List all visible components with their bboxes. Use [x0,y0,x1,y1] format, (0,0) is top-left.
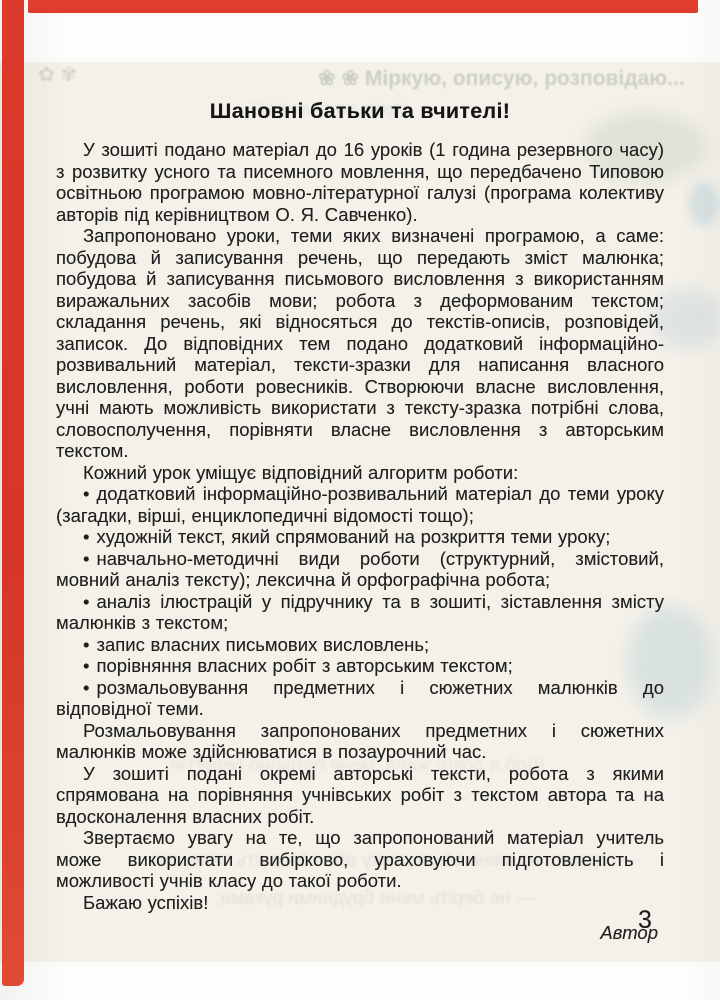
page-number: 3 [638,906,652,935]
bullet-item-3: •навчально-методичні види роботи (структ… [56,548,664,591]
bullet-text: додатковий інформаційно-розвивальний мат… [56,483,664,526]
paragraph-intro: У зошиті подано матеріал до 16 уроків (1… [56,139,664,225]
author-signature: Автор [56,922,658,944]
red-book-edge-left [2,0,24,986]
page-content: Шановні батьки та вчителі! У зошиті пода… [56,98,664,944]
bullet-item-2: •художній текст, який спрямований на роз… [56,526,664,548]
bullet-icon: • [83,548,89,569]
paragraph-wish: Бажаю успіхів! [56,892,664,914]
bullet-text: художній текст, який спрямований на розк… [96,526,610,547]
paragraph-program: Запропоновано уроки, теми яких визначені… [56,225,664,462]
ghost-line-top: ❀ ❀ Міркую, описую, розповідаю... [318,66,685,91]
page-title: Шановні батьки та вчителі! [56,98,664,124]
bullet-item-6: •порівняння власних робіт з авторським т… [56,655,664,677]
white-margin-bottom [0,962,720,1000]
bullet-text: аналіз ілюстрацій у підручнику та в зоши… [56,591,664,634]
bullet-icon: • [83,483,89,504]
bullet-icon: • [83,655,89,676]
bullet-icon: • [83,591,89,612]
bullet-icon: • [83,634,89,655]
paragraph-coloring-note: Розмальовування запропонованих предметни… [56,720,664,763]
bullet-item-7: •розмальовування предметних і сюжетних м… [56,677,664,720]
bullet-item-5: •запис власних письмових висловлень; [56,634,664,656]
ink-smudge-right-edge [688,182,720,226]
bullet-text: навчально-методичні види роботи (структу… [56,548,664,591]
bullet-item-4: •аналіз ілюстрацій у підручнику та в зош… [56,591,664,634]
bullet-item-1: •додатковий інформаційно-розвивальний ма… [56,483,664,526]
paragraph-algorithm-intro: Кожний урок уміщує відповідний алгоритм … [56,462,664,484]
bullet-icon: • [83,526,89,547]
paragraph-teacher-note: Звертаємо увагу на те, що запропонований… [56,827,664,892]
bullet-text: розмальовування предметних і сюжетних ма… [56,677,664,720]
scanned-book-page: ❀ ❀ Міркую, описую, розповідаю... ✿ ✾ На… [0,0,720,1000]
red-book-edge-top [28,0,698,13]
ghost-flower-icons: ✿ ✾ [38,62,77,87]
bullet-text: порівняння власних робіт з авторським те… [96,655,512,676]
paragraph-author-texts: У зошиті подані окремі авторські тексти,… [56,763,664,828]
bullet-text: запис власних письмових висловлень; [96,634,429,655]
bullet-icon: • [83,677,89,698]
